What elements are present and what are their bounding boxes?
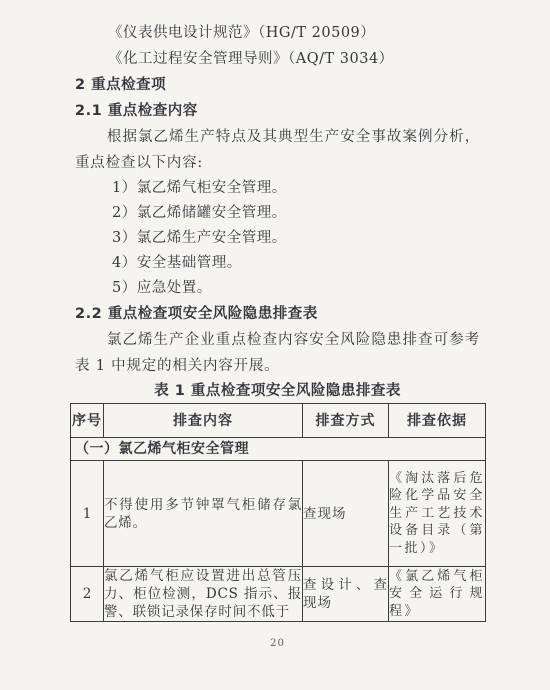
list-item: 4）安全基础管理。: [112, 251, 490, 276]
table-row: 2 氯乙烯气柜应设置进出总管压力、柜位检测，DCS 指示、报警、联锁记录保存时间…: [71, 567, 486, 622]
cell-method: 查现场: [303, 461, 389, 567]
table-header-row: 序号 排查内容 排查方式 排查依据: [71, 404, 486, 438]
group-row-label: （一）氯乙烯气柜安全管理: [71, 438, 486, 461]
table-reference-paragraph: 氯乙烯生产企业重点检查内容安全风险隐患排查可参考表 1 中规定的相关内容开展。: [75, 327, 480, 379]
cell-basis: 《氯乙烯气柜安全运行规程》: [389, 567, 486, 622]
cell-basis: 《淘汰落后危险化学品安全生产工艺技术设备目录（第一批）》: [389, 461, 486, 567]
cell-content: 氯乙烯气柜应设置进出总管压力、柜位检测，DCS 指示、报警、联锁记录保存时间不低…: [104, 567, 303, 622]
col-header-serial: 序号: [71, 404, 104, 438]
section-heading-2: 2 重点检查项: [75, 72, 490, 98]
section-heading-2-2: 2.2 重点检查项安全风险隐患排查表: [75, 301, 490, 327]
col-header-basis: 排查依据: [389, 404, 486, 438]
intro-paragraph: 根据氯乙烯生产特点及其典型生产安全事故案例分析，重点检查以下内容:: [75, 124, 480, 176]
list-item: 1）氯乙烯气柜安全管理。: [112, 176, 490, 201]
table-group-row: （一）氯乙烯气柜安全管理: [71, 438, 486, 461]
page-number: 20: [70, 638, 485, 649]
col-header-content: 排查内容: [104, 404, 303, 438]
table-caption: 表 1 重点检查项安全风险隐患排查表: [70, 379, 485, 403]
list-item: 2）氯乙烯储罐安全管理。: [112, 201, 490, 226]
cell-content: 不得使用多节钟罩气柜储存氯乙烯。: [104, 461, 303, 567]
reference-line: 《化工过程安全管理导则》（AQ/T 3034）: [108, 46, 490, 72]
cell-serial: 2: [71, 567, 104, 622]
cell-serial: 1: [71, 461, 104, 567]
list-item: 5）应急处置。: [112, 276, 490, 301]
col-header-method: 排查方式: [303, 404, 389, 438]
cell-method: 查设计、查现场: [303, 567, 389, 622]
inspection-table: 序号 排查内容 排查方式 排查依据 （一）氯乙烯气柜安全管理 1 不得使用多节钟…: [70, 403, 486, 622]
table-row: 1 不得使用多节钟罩气柜储存氯乙烯。 查现场 《淘汰落后危险化学品安全生产工艺技…: [71, 461, 486, 567]
section-heading-2-1: 2.1 重点检查内容: [75, 98, 490, 124]
reference-line: 《仪表供电设计规范》（HG/T 20509）: [108, 20, 490, 46]
document-page: 《仪表供电设计规范》（HG/T 20509） 《化工过程安全管理导则》（AQ/T…: [0, 0, 550, 649]
list-item: 3）氯乙烯生产安全管理。: [112, 226, 490, 251]
